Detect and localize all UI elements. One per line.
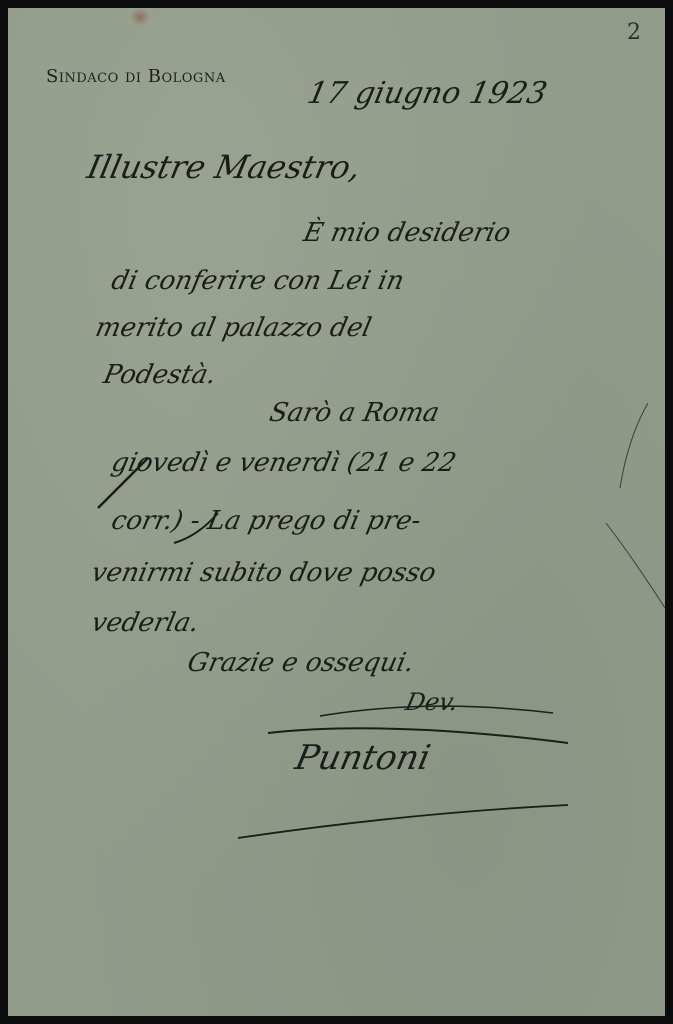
ink-strokes <box>8 8 665 1016</box>
letter-sheet: 2 Sindaco di Bologna 17 giugno 1923 Illu… <box>8 8 665 1016</box>
